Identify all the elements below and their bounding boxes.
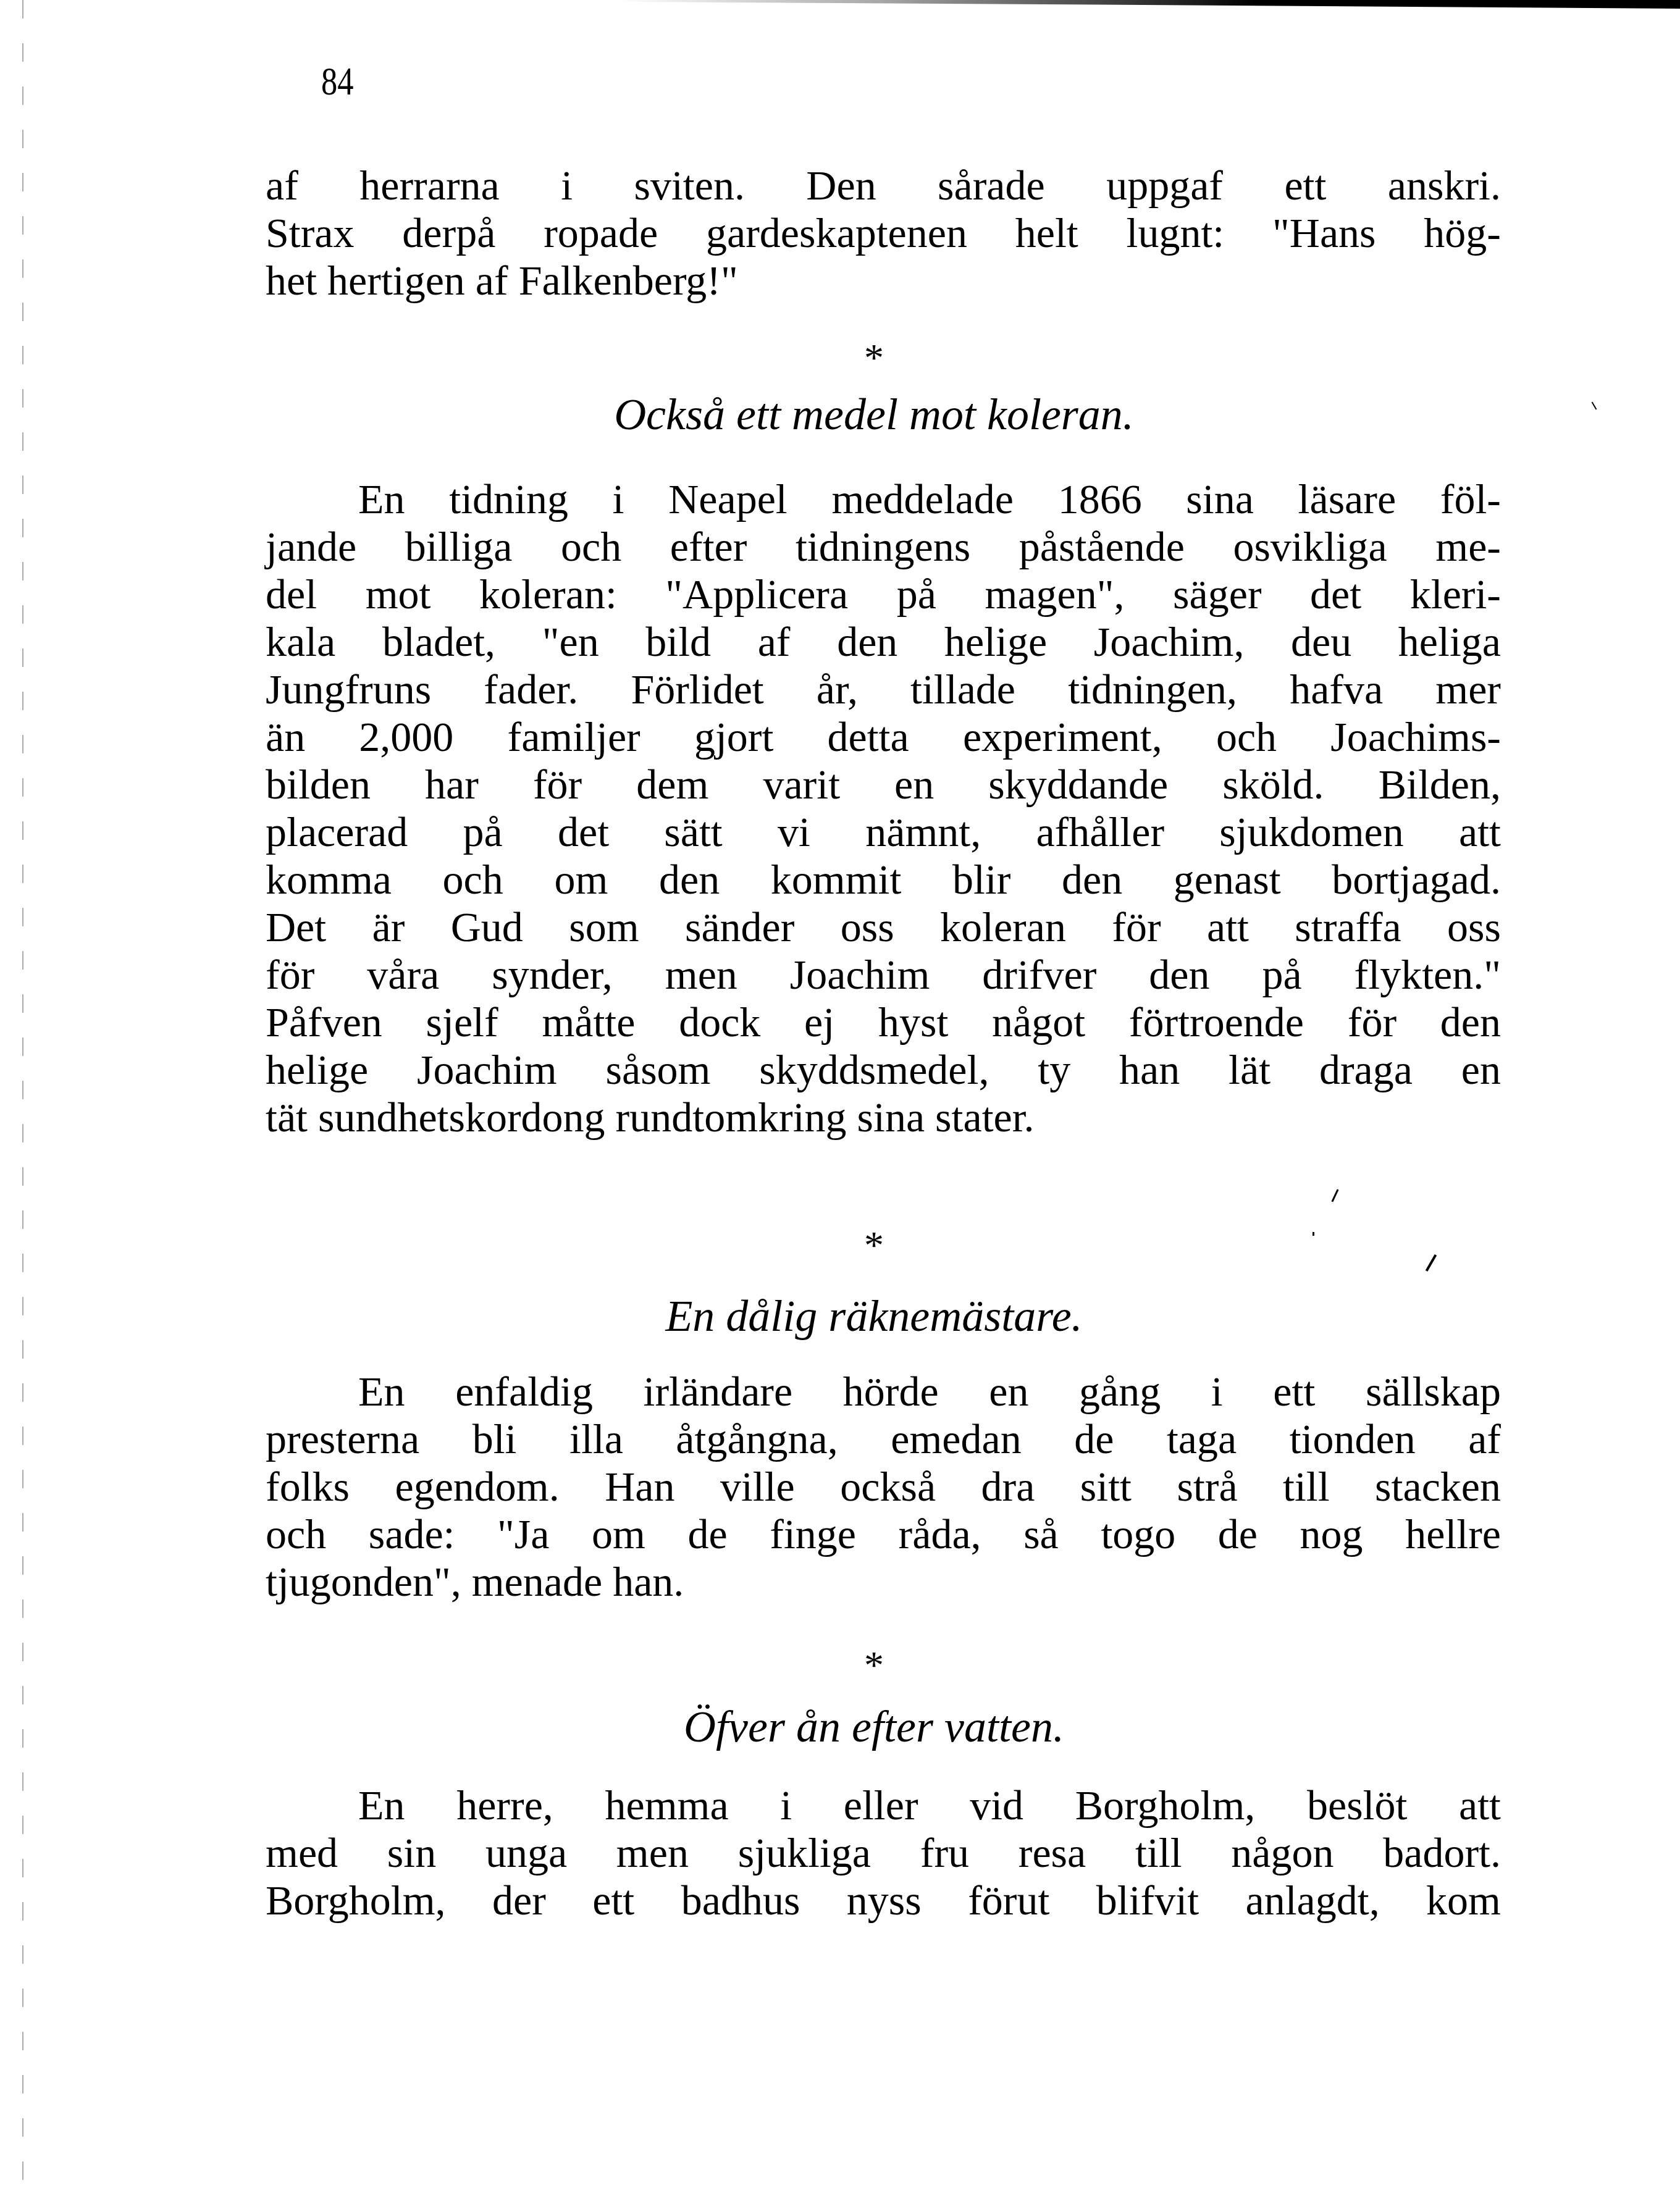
text-line: bilden har för dem varit en skyddande sk… xyxy=(266,761,1501,808)
text-line: presterna bli illa åtgångna, emedan de t… xyxy=(266,1415,1501,1463)
text-line: komma och om den kommit blir den genast … xyxy=(266,856,1501,903)
continuation-paragraph: af herrarna i sviten. Den sårade uppgaf … xyxy=(266,162,1501,304)
page-number: 84 xyxy=(321,62,353,101)
text-line: del mot koleran: "Applicera på magen", s… xyxy=(266,571,1501,618)
section-separator-asterisk: * xyxy=(0,338,1680,378)
text-line: med sin unga men sjukliga fru resa till … xyxy=(266,1829,1501,1877)
text-line: tät sundhetskordong rundtomkring sina st… xyxy=(266,1094,1501,1141)
text-line: och sade: "Ja om de finge råda, så togo … xyxy=(266,1511,1501,1558)
section-separator-asterisk: * xyxy=(0,1646,1680,1685)
scan-speck xyxy=(1312,1232,1314,1236)
scan-top-edge-shadow xyxy=(618,0,1680,9)
section-paragraph: En herre, hemma i eller vid Borgholm, be… xyxy=(266,1782,1501,1924)
text-line: helige Joachim såsom skyddsmedel, ty han… xyxy=(266,1046,1501,1094)
text-line: tjugonden", menade han. xyxy=(266,1558,1501,1606)
section-paragraph: En tidning i Neapel meddelade 1866 sina … xyxy=(266,476,1501,1141)
text-line: placerad på det sätt vi nämnt, afhåller … xyxy=(266,808,1501,856)
section-heading: Öfver ån efter vatten. xyxy=(0,1704,1680,1749)
text-line: Strax derpå ropade gardeskaptenen helt l… xyxy=(266,209,1501,257)
text-line: af herrarna i sviten. Den sårade uppgaf … xyxy=(266,162,1501,209)
text-line: En enfaldig irländare hörde en gång i et… xyxy=(266,1368,1501,1415)
text-line: folks egendom. Han ville också dra sitt … xyxy=(266,1463,1501,1511)
scanned-book-page: 84 af herrarna i sviten. Den sårade uppg… xyxy=(0,0,1680,2188)
text-line: Borgholm, der ett badhus nyss förut blif… xyxy=(266,1877,1501,1924)
text-line: för våra synder, men Joachim drifver den… xyxy=(266,951,1501,999)
text-line: het hertigen af Falkenberg!" xyxy=(266,257,1501,304)
section-heading: Också ett medel mot koleran. xyxy=(0,392,1680,437)
text-line: jande billiga och efter tidningens påstå… xyxy=(266,523,1501,571)
text-line: Påfven sjelf måtte dock ej hyst något fö… xyxy=(266,999,1501,1046)
text-line: En tidning i Neapel meddelade 1866 sina … xyxy=(266,476,1501,523)
section-heading: En dålig räknemästare. xyxy=(0,1294,1680,1338)
text-line: Det är Gud som sänder oss koleran för at… xyxy=(266,903,1501,951)
text-line: än 2,000 familjer gjort detta experiment… xyxy=(266,713,1501,761)
section-separator-asterisk: * xyxy=(0,1226,1680,1265)
text-line: En herre, hemma i eller vid Borgholm, be… xyxy=(266,1782,1501,1829)
scan-speck xyxy=(1331,1189,1338,1202)
text-line: Jungfruns fader. Förlidet år, tillade ti… xyxy=(266,666,1501,713)
text-line: kala bladet, "en bild af den helige Joac… xyxy=(266,618,1501,666)
section-paragraph: En enfaldig irländare hörde en gång i et… xyxy=(266,1368,1501,1606)
scan-left-edge-marks xyxy=(22,0,23,2188)
